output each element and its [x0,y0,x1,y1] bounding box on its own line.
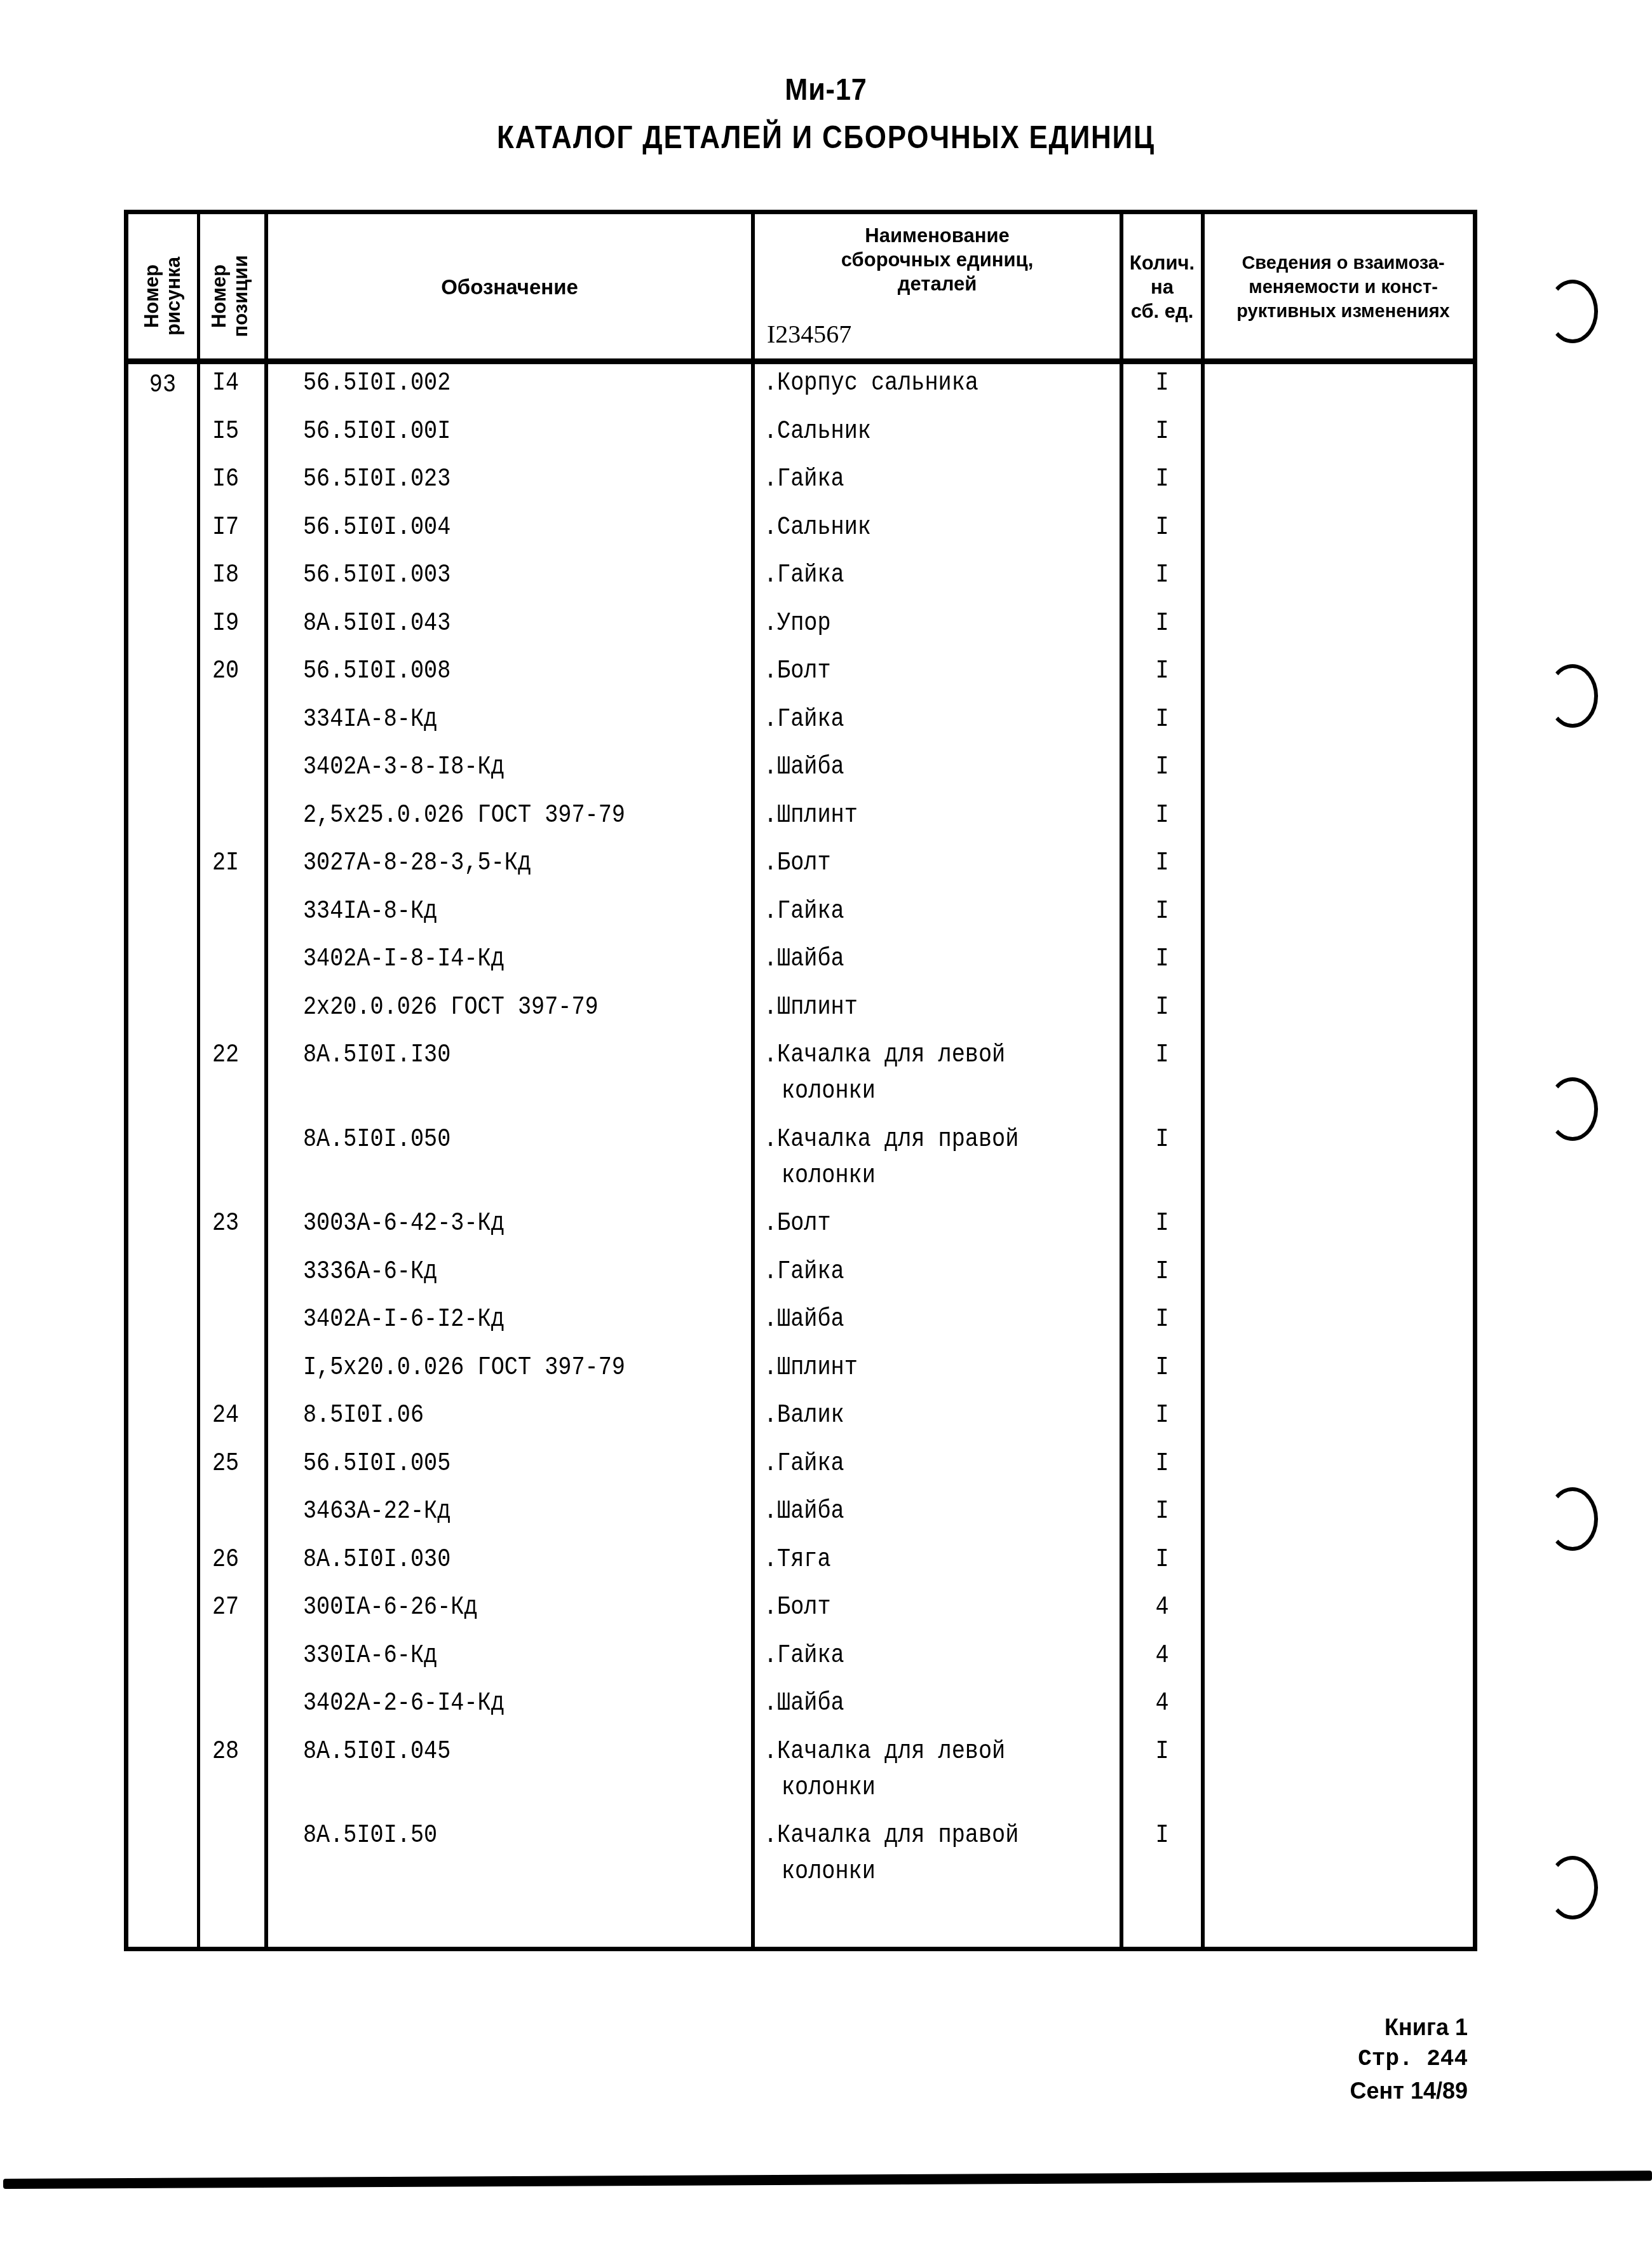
designation: 56.5I0I.00I [303,416,450,448]
position-number: 25 [212,1448,239,1480]
column-divider [264,214,268,1947]
quantity: I [1128,1400,1196,1432]
quantity: I [1128,1352,1196,1384]
position-number: I5 [212,416,239,448]
punch-hole-icon [1547,1856,1598,1919]
position-number: I6 [212,464,239,496]
header-divider [128,358,1473,364]
position-number: 20 [212,656,239,688]
figure-number: 93 [132,370,193,402]
designation: 330IA-6-Кд [303,1640,437,1672]
part-name: .Шплинт [764,1352,858,1384]
part-name: .Гайка [764,464,844,496]
position-number: 2I [212,848,239,880]
quantity: I [1128,1736,1196,1768]
designation: 3402A-I-8-I4-Кд [303,944,504,976]
designation: 56.5I0I.004 [303,512,450,544]
designation: 56.5I0I.008 [303,656,450,688]
aircraft-title: Ми-17 [83,70,1569,111]
quantity: I [1128,752,1196,784]
part-name: .Болт [764,1208,831,1240]
quantity: I [1128,848,1196,880]
part-name: .Гайка [764,896,844,928]
part-name-continued: колонки [782,1076,876,1108]
part-name: .Шайба [764,752,844,784]
part-name: .Болт [764,848,831,880]
designation: 3402A-I-6-I2-Кд [303,1304,504,1336]
position-number: 23 [212,1208,239,1240]
quantity: 4 [1128,1592,1196,1624]
col-header-position-no: Номерпозиции [208,226,252,366]
position-number: 22 [212,1040,239,1072]
position-number: 27 [212,1592,239,1624]
punch-hole-icon [1547,1077,1598,1141]
part-name: .Шайба [764,1304,844,1336]
page-header: Ми-17 КАТАЛОГ ДЕТАЛЕЙ И СБОРОЧНЫХ ЕДИНИЦ [0,70,1652,158]
column-divider [1120,214,1123,1947]
col-header-name: Наименованиесборочных единиц,деталей [755,224,1120,296]
part-name: .Болт [764,656,831,688]
position-number: I7 [212,512,239,544]
part-name: .Сальник [764,416,871,448]
page-footer: Книга 1 Стр. 244 Сент 14/89 [1350,2012,1468,2107]
part-name: .Шплинт [764,992,858,1024]
quantity: I [1128,1124,1196,1156]
part-name: .Шайба [764,1688,844,1720]
position-number: I8 [212,560,239,592]
designation: 3402A-2-6-I4-Кд [303,1688,504,1720]
position-number: I9 [212,608,239,640]
catalog-title: КАТАЛОГ ДЕТАЛЕЙ И СБОРОЧНЫХ ЕДИНИЦ [99,117,1553,158]
quantity: I [1128,704,1196,736]
designation: 56.5I0I.023 [303,464,450,496]
designation: 56.5I0I.002 [303,368,450,400]
col-header-interchangeability: Сведения о взаимоза-меняемости и конст-р… [1205,251,1482,324]
designation: 8А.5I0I.50 [303,1820,437,1852]
name-indent-scale: I234567 [767,319,851,350]
quantity: I [1128,1040,1196,1072]
quantity: I [1128,1208,1196,1240]
part-name: .Качалка для левой [764,1736,1005,1768]
designation: 8.5I0I.06 [303,1400,424,1432]
part-name: .Гайка [764,560,844,592]
designation: 8А.5I0I.050 [303,1124,450,1156]
quantity: I [1128,368,1196,400]
designation: 334IA-8-Кд [303,704,437,736]
position-number: 28 [212,1736,239,1768]
part-name: .Гайка [764,1640,844,1672]
part-name: .Болт [764,1592,831,1624]
quantity: I [1128,464,1196,496]
part-name: .Корпус сальника [764,368,978,400]
revision-date: Сент 14/89 [1350,2075,1468,2107]
position-number: 24 [212,1400,239,1432]
part-name: .Упор [764,608,831,640]
designation: 300IA-6-26-Кд [303,1592,478,1624]
designation: 56.5I0I.003 [303,560,450,592]
quantity: I [1128,1820,1196,1852]
col-header-figure-no: Номеррисунка [141,226,184,366]
quantity: 4 [1128,1688,1196,1720]
part-name: .Шайба [764,944,844,976]
quantity: I [1128,1257,1196,1288]
page-number: Стр. 244 [1350,2043,1468,2075]
designation: 8А.5I0I.030 [303,1544,450,1576]
quantity: I [1128,1304,1196,1336]
part-name: .Валик [764,1400,844,1432]
part-name: .Качалка для правой [764,1124,1019,1156]
part-name-continued: колонки [782,1161,876,1192]
quantity: I [1128,416,1196,448]
column-divider [197,214,200,1947]
designation: 3402A-3-8-I8-Кд [303,752,504,784]
part-name: .Гайка [764,1257,844,1288]
designation: 2,5x25.0.026 ГОСТ 397-79 [303,800,625,832]
designation: 8А.5I0I.045 [303,1736,450,1768]
quantity: 4 [1128,1640,1196,1672]
part-name-continued: колонки [782,1773,876,1804]
designation: 2x20.0.026 ГОСТ 397-79 [303,992,599,1024]
quantity: I [1128,1544,1196,1576]
punch-hole-icon [1547,280,1598,343]
designation: 3463A-22-Кд [303,1496,450,1528]
punch-hole-icon [1547,664,1598,728]
part-name: .Шайба [764,1496,844,1528]
quantity: I [1128,512,1196,544]
designation: I,5x20.0.026 ГОСТ 397-79 [303,1352,625,1384]
quantity: I [1128,560,1196,592]
quantity: I [1128,608,1196,640]
part-name: .Сальник [764,512,871,544]
designation: 8А.5I0I.043 [303,608,450,640]
column-divider [751,214,755,1947]
designation: 3003A-6-42-3-Кд [303,1208,504,1240]
book-number: Книга 1 [1350,2012,1468,2043]
quantity: I [1128,992,1196,1024]
part-name: .Качалка для правой [764,1820,1019,1852]
column-divider [1201,214,1205,1947]
designation: 56.5I0I.005 [303,1448,450,1480]
position-number: 26 [212,1544,239,1576]
quantity: I [1128,896,1196,928]
designation: 8А.5I0I.I30 [303,1040,450,1072]
punch-hole-icon [1547,1487,1598,1551]
part-name: .Тяга [764,1544,831,1576]
parts-catalog-table: Номеррисунка Номерпозиции Обозначение На… [124,210,1477,1951]
position-number: I4 [212,368,239,400]
quantity: I [1128,800,1196,832]
part-name: .Гайка [764,704,844,736]
col-header-designation: Обозначение [268,275,751,300]
designation: 3027A-8-28-3,5-Кд [303,848,531,880]
designation: 334IA-8-Кд [303,896,437,928]
col-header-quantity: Колич.насб. ед. [1123,251,1201,324]
quantity: I [1128,656,1196,688]
quantity: I [1128,944,1196,976]
part-name: .Гайка [764,1448,844,1480]
part-name-continued: колонки [782,1857,876,1888]
bottom-rule [3,2170,1652,2189]
quantity: I [1128,1448,1196,1480]
designation: 3336A-6-Кд [303,1257,437,1288]
quantity: I [1128,1496,1196,1528]
part-name: .Качалка для левой [764,1040,1005,1072]
part-name: .Шплинт [764,800,858,832]
